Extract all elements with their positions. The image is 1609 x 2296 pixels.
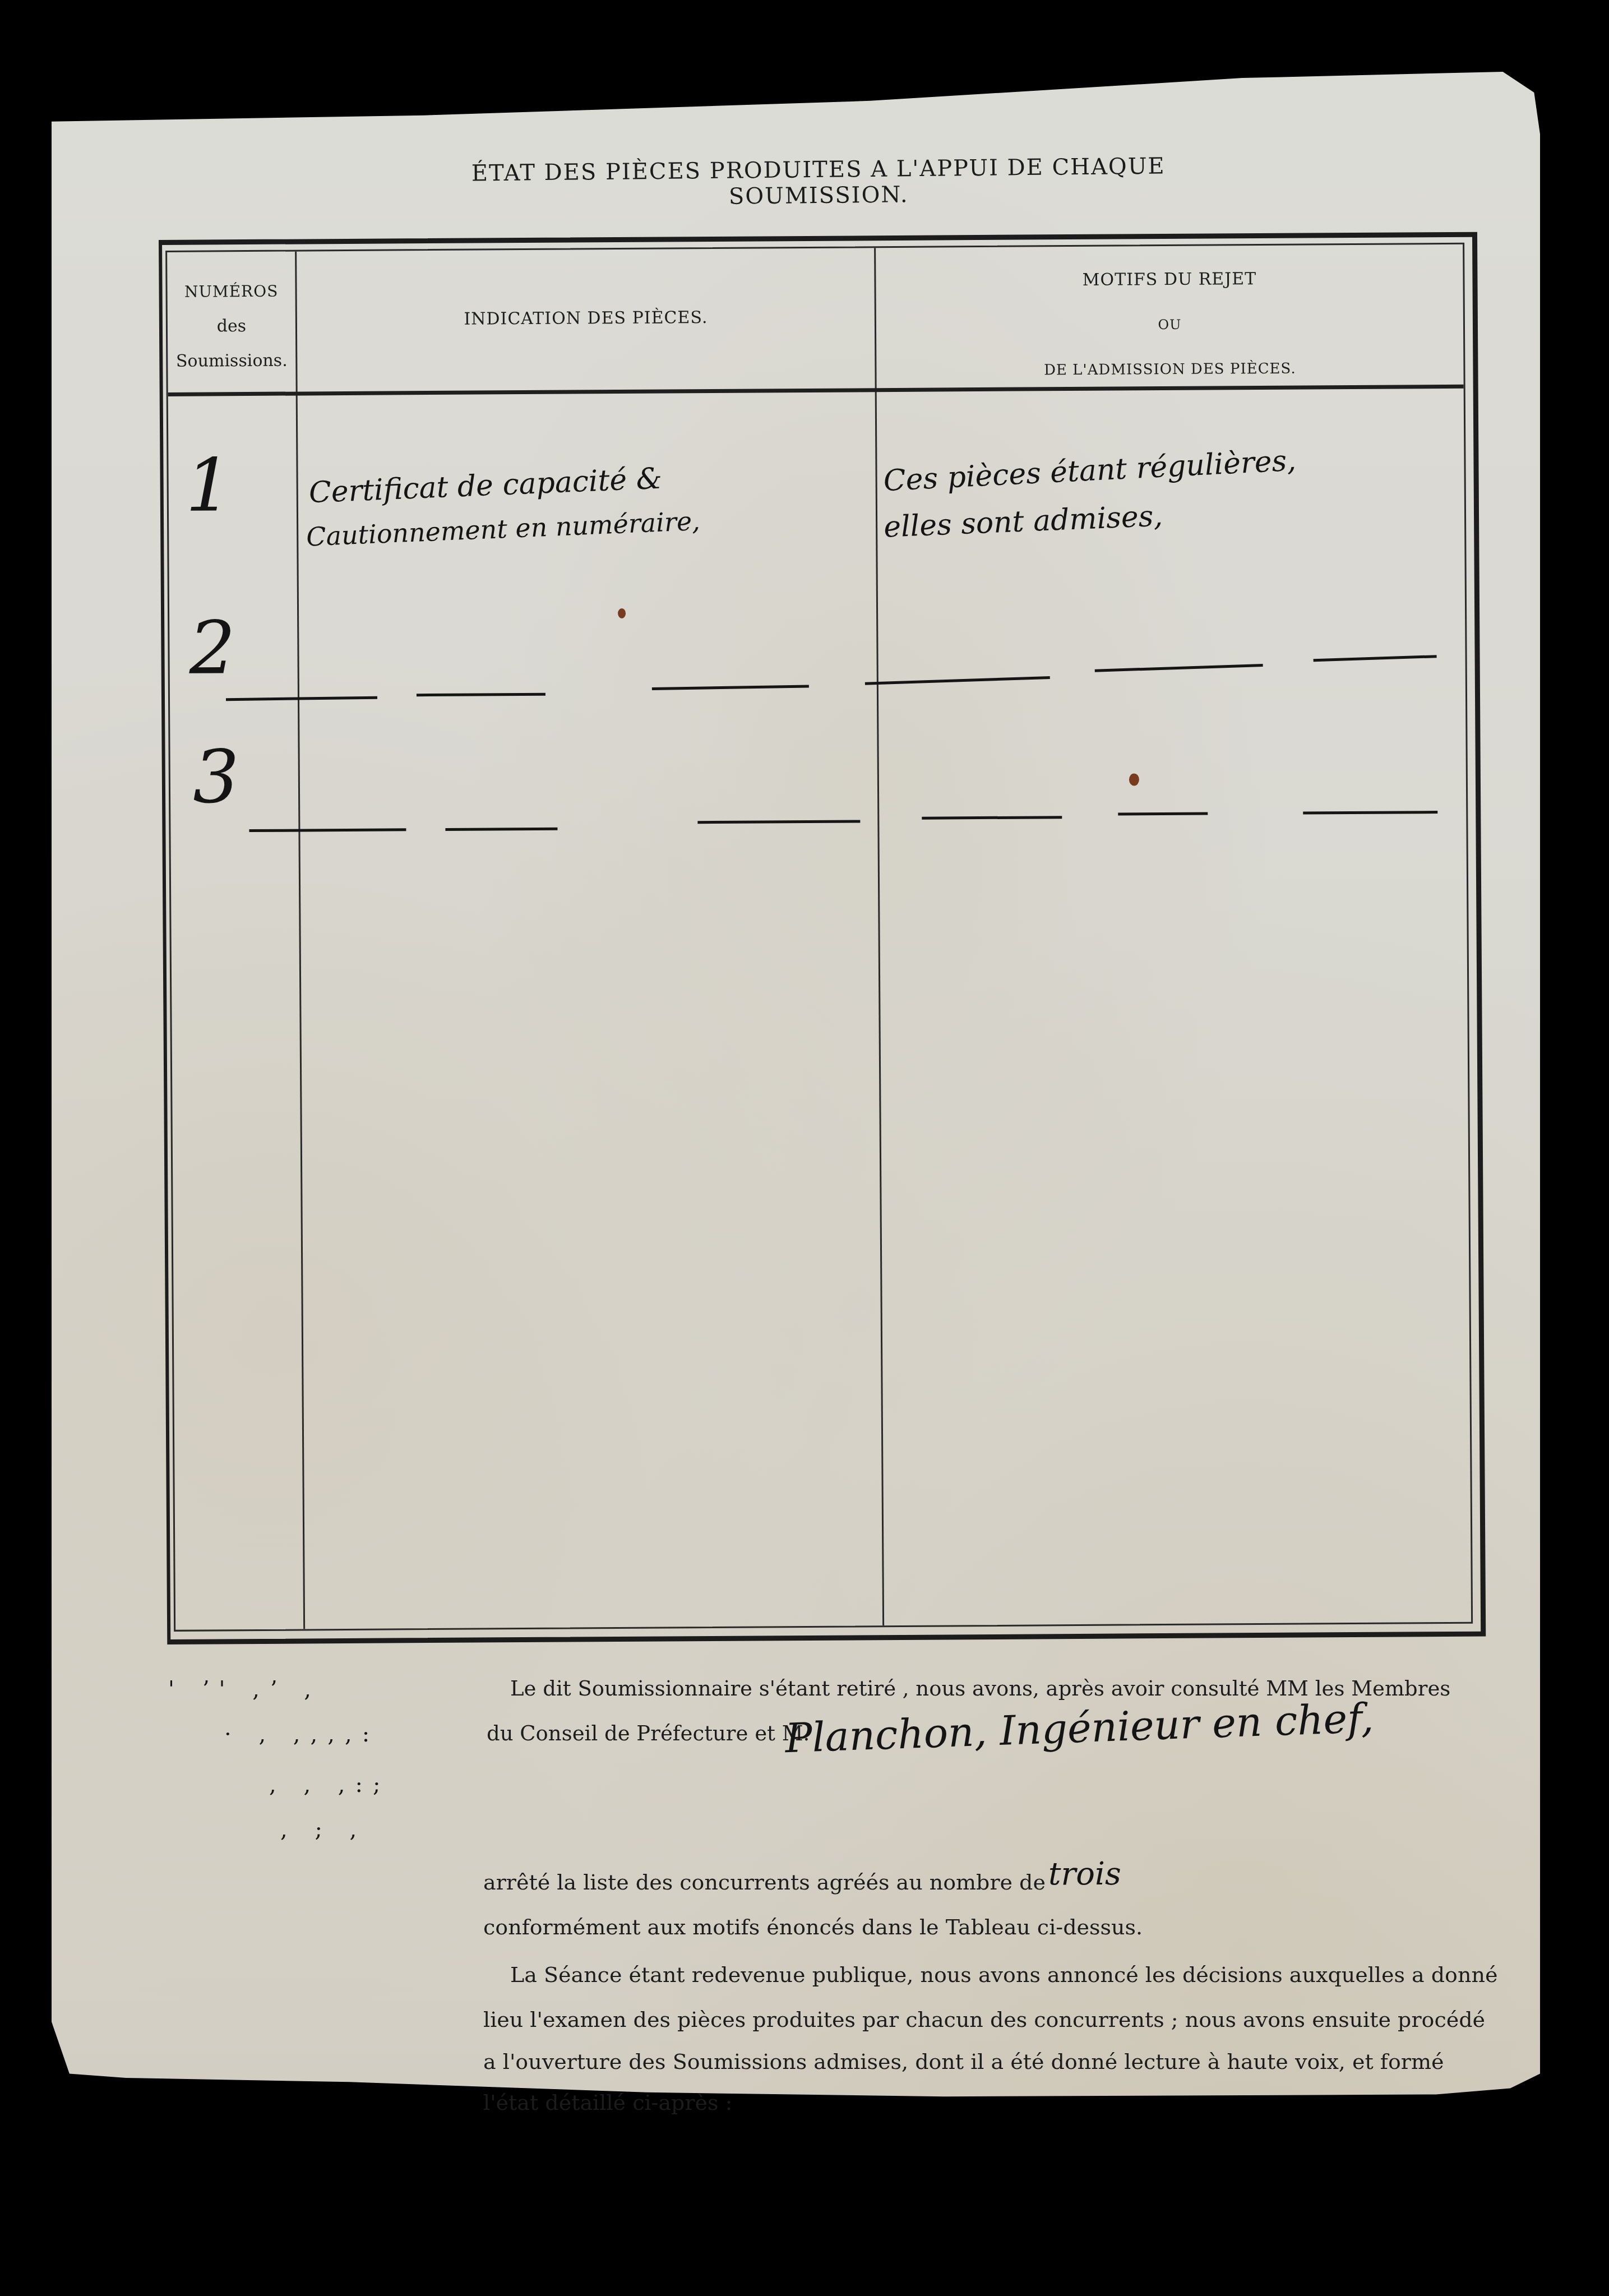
paragraph-2-line-3: a l'ouverture des Soumissions admises, d… xyxy=(483,2049,1444,2074)
body-line-3: arrêté la liste des concurrents agréés a… xyxy=(483,1870,1046,1895)
row-2-ditto-segment xyxy=(226,696,377,701)
concurrents-count-handwritten: trois xyxy=(1048,1856,1121,1892)
margin-ink-marks: , ; , xyxy=(280,1817,367,1842)
paragraph-2-line-4: l'état détaillé ci-après : xyxy=(483,2090,732,2115)
margin-ink-marks: , , ,:; xyxy=(269,1772,391,1798)
header-indication: INDICATION DES PIÈCES. xyxy=(297,307,875,330)
row-2-ditto-segment xyxy=(652,685,809,690)
body-line-4: conformément aux motifs énoncés dans le … xyxy=(483,1915,1143,1939)
row-3-ditto-segment xyxy=(249,828,406,832)
row-2-number: 2 xyxy=(189,605,236,691)
header-motifs-line2: OU xyxy=(876,301,1463,349)
column-divider-2 xyxy=(874,248,884,1625)
row-2-ditto-segment xyxy=(417,693,545,696)
column-divider-1 xyxy=(295,251,305,1629)
margin-ink-marks: ' ʼ' ,ʼ , xyxy=(168,1676,321,1702)
header-numeros-line3: Soumissions. xyxy=(168,344,295,379)
row-2-ditto-segment xyxy=(1095,664,1263,672)
row-2-ditto-segment xyxy=(865,676,1050,685)
paragraph-2-line-1: La Séance étant redevenue publique, nous… xyxy=(510,1962,1497,1987)
row-2-ditto-segment xyxy=(1314,655,1437,662)
row-3-ditto-segment xyxy=(445,828,557,831)
row-1-number: 1 xyxy=(185,442,232,528)
submissions-table: NUMÉROS des Soumissions. INDICATION DES … xyxy=(159,232,1486,1644)
margin-ink-marks: · , ,,,,: xyxy=(224,1721,380,1747)
header-numeros-line1: NUMÉROS xyxy=(167,274,295,309)
paragraph-2-line-2: lieu l'examen des pièces produites par c… xyxy=(483,2007,1485,2032)
row-3-ditto-lines xyxy=(167,244,1463,252)
ink-stain xyxy=(1129,773,1139,786)
header-motifs-line1: MOTIFS DU REJET xyxy=(876,256,1463,304)
row-1-motif-line2: elles sont admises, xyxy=(883,499,1163,544)
row-3-ditto-segment xyxy=(697,820,860,824)
header-numeros-line2: des xyxy=(168,309,295,344)
body-line-2-prefix: du Conseil de Préfecture et M. xyxy=(487,1721,810,1745)
header-motifs: MOTIFS DU REJET OU DE L'ADMISSION DES PI… xyxy=(876,256,1463,394)
row-1-motif-line1: Ces pièces étant régulières, xyxy=(883,444,1297,498)
row-3-number: 3 xyxy=(192,734,239,820)
row-3-ditto-segment xyxy=(1118,812,1208,816)
ink-stain xyxy=(618,608,626,618)
row-3-ditto-segment xyxy=(922,816,1062,820)
header-motifs-line3: DE L'ADMISSION DES PIÈCES. xyxy=(876,345,1463,394)
row-2-ditto-lines xyxy=(167,244,1463,252)
document-title: ÉTAT DES PIÈCES PRODUITES A L'APPUI DE C… xyxy=(381,153,1256,213)
row-1-indication-line1: Certificat de capacité & xyxy=(308,462,663,510)
row-3-ditto-segment xyxy=(1303,811,1437,814)
row-1-indication-line2: Cautionnement en numéraire, xyxy=(306,506,700,552)
header-numeros: NUMÉROS des Soumissions. xyxy=(167,274,295,379)
table-inner-border: NUMÉROS des Soumissions. INDICATION DES … xyxy=(165,243,1473,1632)
